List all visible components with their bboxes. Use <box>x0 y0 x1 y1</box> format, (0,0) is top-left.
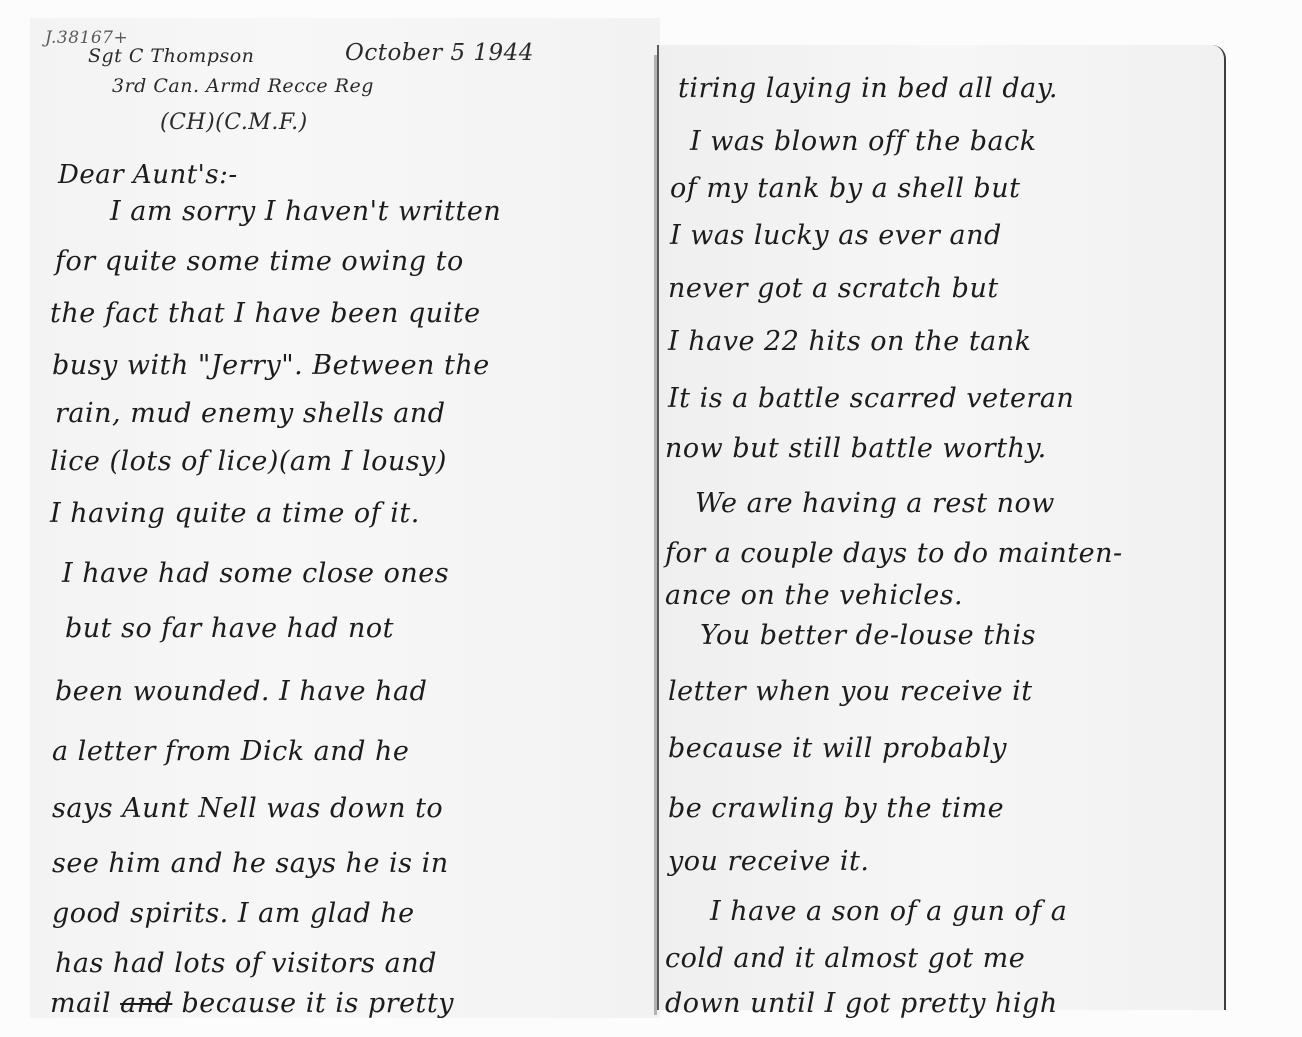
letter-scan: J.38167+ Sgt C Thompson October 5 1944 3… <box>0 0 1302 1037</box>
left-line-13: see him and he says he is in <box>52 850 449 877</box>
right-line-13: letter when you receive it <box>668 678 1033 705</box>
sender-name: Sgt C Thompson <box>88 45 254 67</box>
right-line-8: now but still battle worthy. <box>665 435 1047 462</box>
right-line-6: I have 22 hits on the tank <box>668 328 1032 355</box>
left-line-7: I having quite a time of it. <box>50 500 420 527</box>
left-line-10: been wounded. I have had <box>55 678 427 705</box>
left-line-14: good spirits. I am glad he <box>52 900 415 927</box>
struck-word-and: and <box>120 988 172 1019</box>
right-line-10: for a couple days to do mainten- <box>665 540 1123 567</box>
left-line-11: a letter from Dick and he <box>52 738 409 765</box>
left-line-16-rest: because it is pretty <box>181 988 454 1019</box>
left-line-6: lice (lots of lice)(am I lousy) <box>50 448 447 475</box>
left-line-15: has had lots of visitors and <box>55 950 437 977</box>
right-line-7: It is a battle scarred veteran <box>668 385 1074 412</box>
right-line-9: We are having a rest now <box>695 490 1055 517</box>
left-line-3: the fact that I have been quite <box>50 300 481 327</box>
right-line-16: you receive it. <box>668 848 869 875</box>
right-line-5: never got a scratch but <box>668 275 999 302</box>
right-line-4: I was lucky as ever and <box>670 222 1002 249</box>
left-line-8: I have had some close ones <box>62 560 449 587</box>
right-line-17: I have a son of a gun of a <box>710 898 1067 925</box>
left-line-9: but so far have had not <box>65 615 394 642</box>
left-line-2: for quite some time owing to <box>55 248 464 275</box>
sender-force: (CH)(C.M.F.) <box>160 110 308 135</box>
right-line-15: be crawling by the time <box>668 795 1004 822</box>
left-line-4: busy with "Jerry". Between the <box>52 352 490 379</box>
right-line-14: because it will probably <box>668 735 1007 762</box>
left-line-12: says Aunt Nell was down to <box>52 795 443 822</box>
left-line-1: I am sorry I haven't written <box>110 198 501 225</box>
right-line-2: I was blown off the back <box>690 128 1037 155</box>
sender-unit: 3rd Can. Armd Recce Reg <box>112 75 374 97</box>
left-line-16: mail and because it is pretty <box>50 990 454 1017</box>
right-line-19: down until I got pretty high <box>665 990 1058 1017</box>
page-fold-line <box>654 55 657 1015</box>
right-line-3: of my tank by a shell but <box>670 175 1020 202</box>
letter-date: October 5 1944 <box>345 40 534 66</box>
salutation: Dear Aunt's:- <box>58 160 238 190</box>
left-line-5: rain, mud enemy shells and <box>55 400 446 427</box>
right-line-12: You better de-louse this <box>700 622 1036 649</box>
left-line-16-mail: mail <box>50 988 111 1019</box>
right-line-18: cold and it almost got me <box>665 945 1025 972</box>
right-line-1: tiring laying in bed all day. <box>678 75 1058 102</box>
right-line-11: ance on the vehicles. <box>665 582 963 609</box>
